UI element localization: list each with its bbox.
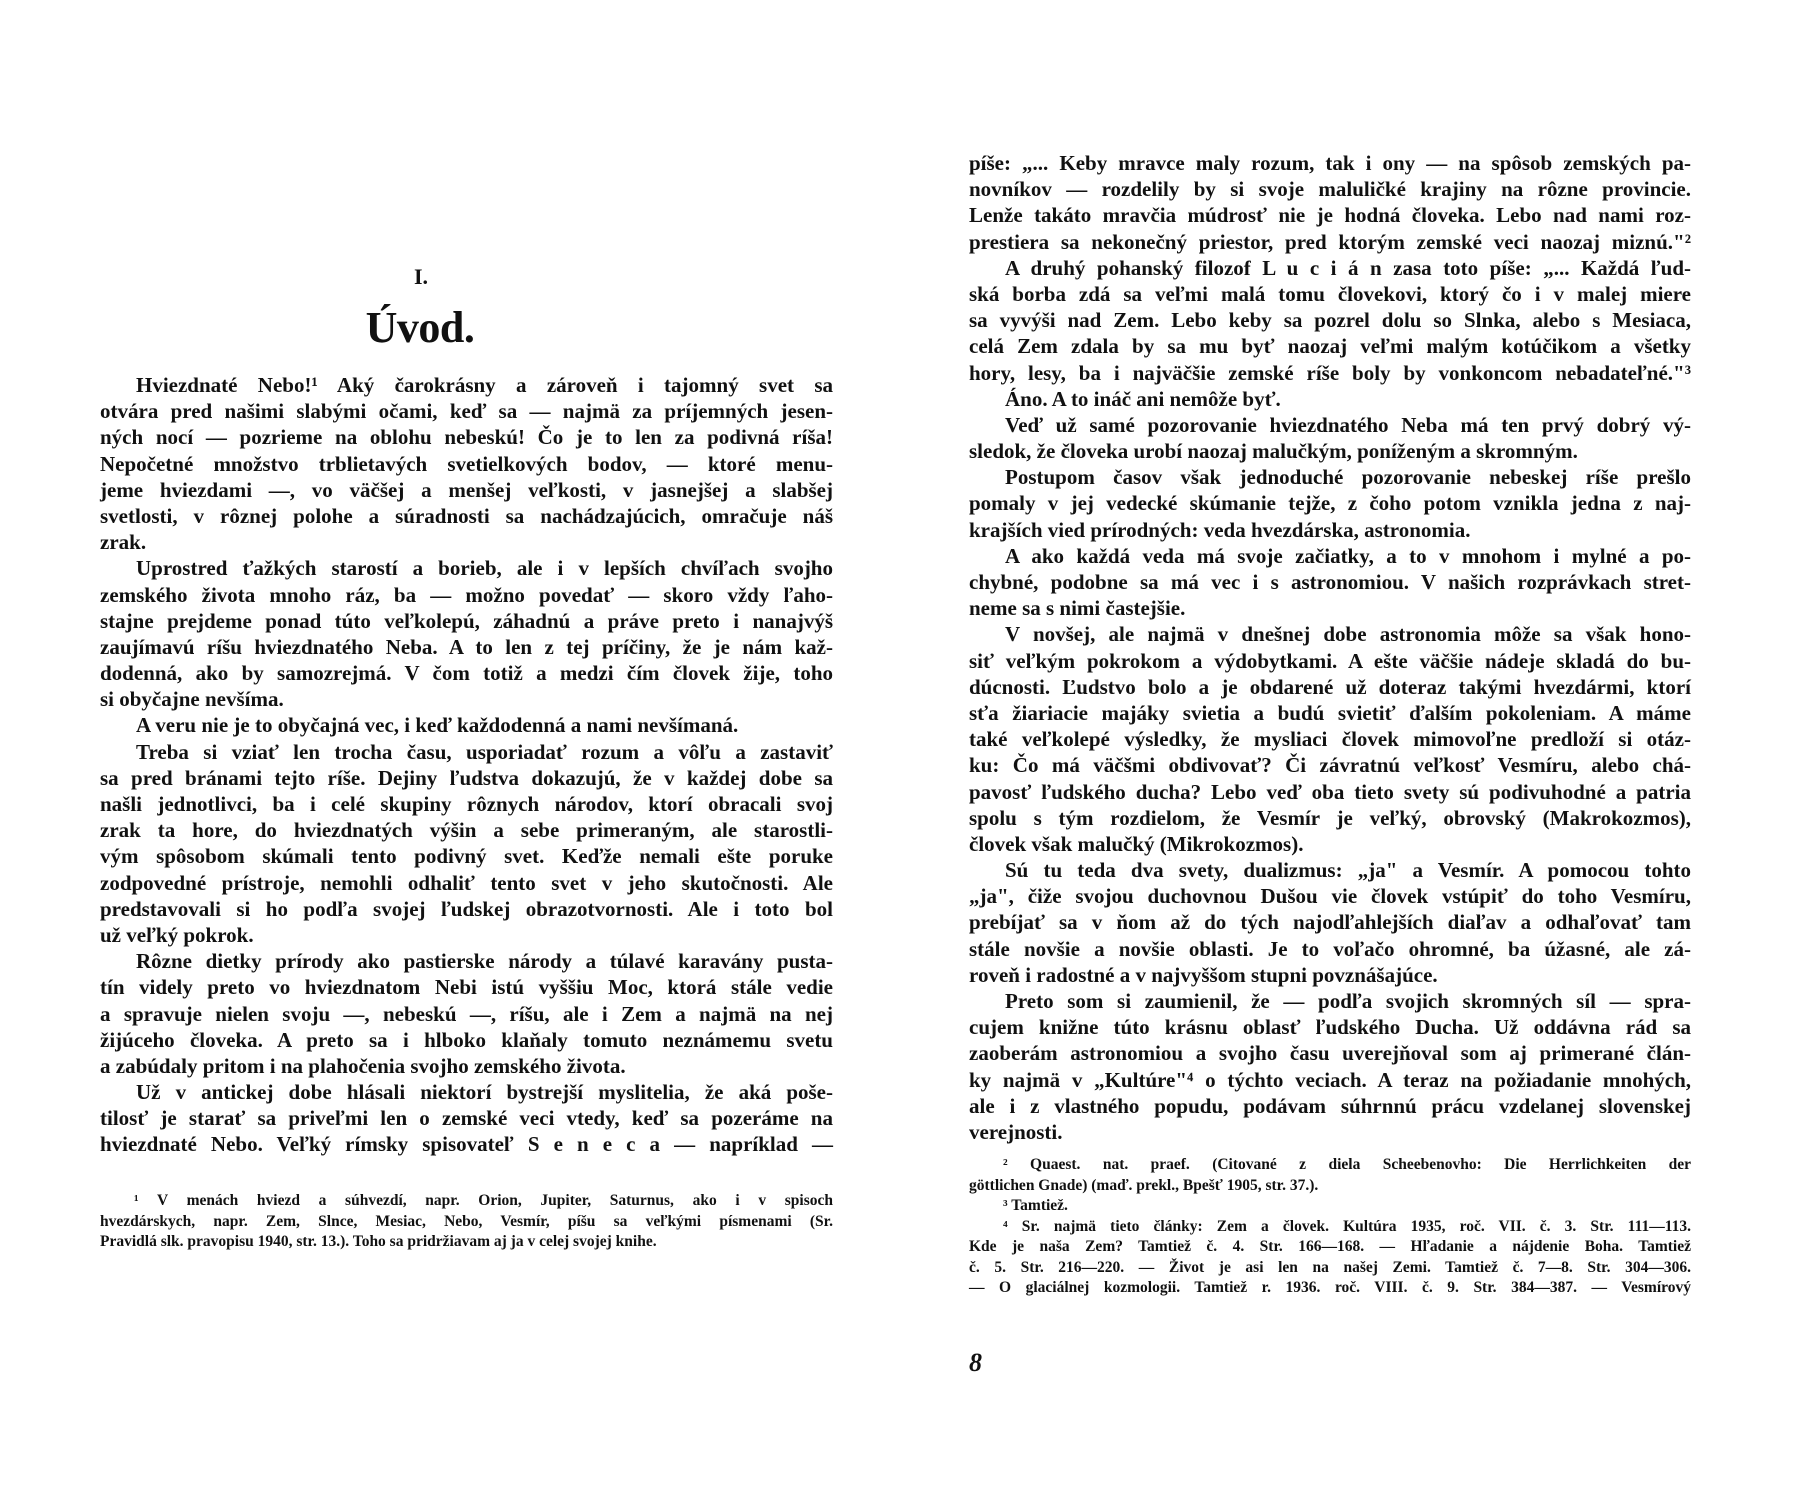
text-line: hory, lesy, ba i najväčšie zemské ríše b…: [969, 360, 1691, 386]
text-line: dúcnosti. Ľudstvo bolo a je obdarené už …: [969, 674, 1691, 700]
footnote-line: göttlichen Gnade) (maď. prekl., Bpešť 19…: [969, 1176, 1691, 1197]
left-page: I. Úvod. Hviezdnaté Nebo!¹ Aký čarokrásn…: [0, 0, 908, 1500]
text-line: zemského života mnoho ráz, ba — možno po…: [100, 582, 833, 608]
text-line: otvára pred našimi slabými očami, keď sa…: [100, 398, 833, 424]
text-line: ných nocí — pozrieme na oblohu nebeskú! …: [100, 424, 833, 450]
text-line: tilosť je starať sa priveľmi len o zemsk…: [100, 1105, 833, 1131]
text-line: prestiera sa nekonečný priestor, pred kt…: [969, 229, 1691, 255]
text-line: našli jednotlivci, ba i celé skupiny rôz…: [100, 791, 833, 817]
text-line: roveň i radostné a v najvyššom stupni po…: [969, 962, 1691, 988]
text-line: hviezdnaté Nebo. Veľký rímsky spisovateľ…: [100, 1131, 833, 1157]
text-line: tín videly preto vo hviezdnatom Nebi ist…: [100, 974, 833, 1000]
footnote-line: ³ Tamtiež.: [969, 1196, 1691, 1217]
text-line: sťa žiariacie majáky svietia a budú svie…: [969, 700, 1691, 726]
text-line: krajších vied prírodných: veda hvezdársk…: [969, 517, 1691, 543]
chapter-title: Úvod.: [300, 302, 540, 353]
text-line: sa pred bránami tejto ríše. Dejiny ľudst…: [100, 765, 833, 791]
text-line: Veď už samé pozorovanie hviezdnatého Neb…: [969, 412, 1691, 438]
footnote-line: Kde je naša Zem? Tamtiež č. 4. Str. 166—…: [969, 1237, 1691, 1258]
text-line: vým spôsobom skúmali tento podivný svet.…: [100, 843, 833, 869]
text-line: si obyčajne nevšíma.: [100, 686, 833, 712]
footnote-line: č. 5. Str. 216—220. — Život je asi len n…: [969, 1258, 1691, 1279]
text-line: Uprostred ťažkých starostí a borieb, ale…: [100, 555, 833, 581]
right-page: píše: „... Keby mravce maly rozum, tak i…: [908, 0, 1816, 1500]
text-line: ku: Čo má väčšmi obdivovať? Či závratnú …: [969, 752, 1691, 778]
text-line: A druhý pohanský filozof L u c i á n zas…: [969, 255, 1691, 281]
text-line: zrak.: [100, 529, 833, 555]
text-line: pavosť ľudského ducha? Lebo veď oba tiet…: [969, 779, 1691, 805]
footnote-line: ⁴ Sr. najmä tieto články: Zem a človek. …: [969, 1217, 1691, 1238]
text-line: Preto som si zaumienil, že — podľa svoji…: [969, 988, 1691, 1014]
text-line: celá Zem zdala by sa mu byť naozaj veľmi…: [969, 333, 1691, 359]
text-line: a spravuje nielen svoju —, nebeskú —, rí…: [100, 1001, 833, 1027]
text-line: stále novšie a novšie oblasti. Je to voľ…: [969, 936, 1691, 962]
text-line: novníkov — rozdelily by si svoje malulič…: [969, 176, 1691, 202]
text-line: predstavovali si ho podľa svojej ľudskej…: [100, 896, 833, 922]
left-body-text: Hviezdnaté Nebo!¹ Aký čarokrásny a zárov…: [100, 372, 833, 1158]
text-line: ky najmä v „Kultúre"⁴ o týchto veciach. …: [969, 1067, 1691, 1093]
footnote-line: — O glaciálnej kozmologii. Tamtiež r. 19…: [969, 1278, 1691, 1299]
left-footnotes: ¹ V menách hviezd a súhvezdí, napr. Orio…: [100, 1191, 833, 1253]
text-line: Treba si vziať len trocha času, usporiad…: [100, 739, 833, 765]
text-line: Už v antickej dobe hlásali niektorí byst…: [100, 1079, 833, 1105]
text-line: Sú tu teda dva svety, dualizmus: „ja" a …: [969, 857, 1691, 883]
text-line: Áno. A to ináč ani nemôže byť.: [969, 386, 1691, 412]
text-line: pomaly v jej vedecké skúmanie tejže, z č…: [969, 490, 1691, 516]
footnote-line: ¹ V menách hviezd a súhvezdí, napr. Orio…: [100, 1191, 833, 1212]
text-line: Hviezdnaté Nebo!¹ Aký čarokrásny a zárov…: [100, 372, 833, 398]
text-line: Postupom časov však jednoduché pozorovan…: [969, 464, 1691, 490]
text-line: Lenže takáto mravčia múdrosť nie je hodn…: [969, 202, 1691, 228]
text-line: A ako každá veda má svoje začiatky, a to…: [969, 543, 1691, 569]
text-line: zaujímavú ríšu hviezdnatého Neba. A to l…: [100, 634, 833, 660]
text-line: dodenná, ako by samozrejmá. V čom totiž …: [100, 660, 833, 686]
page-number: 8: [969, 1348, 982, 1378]
text-line: sledok, že človeka urobí naozaj malučkým…: [969, 438, 1691, 464]
text-line: chybné, podobne sa má vec i s astronomio…: [969, 569, 1691, 595]
right-body-text: píše: „... Keby mravce maly rozum, tak i…: [969, 150, 1691, 1145]
text-line: siť veľkým pokrokom a výdobytkami. A ešt…: [969, 648, 1691, 674]
text-line: „ja", čiže svojou duchovnou Dušou vie čl…: [969, 883, 1691, 909]
text-line: ale i z vlastného popudu, podávam súhrnn…: [969, 1093, 1691, 1119]
footnote-line: ² Quaest. nat. praef. (Citované z diela …: [969, 1155, 1691, 1176]
text-line: A veru nie je to obyčajná vec, i keď kaž…: [100, 712, 833, 738]
text-line: zodpovedné prístroje, nemohli odhaliť te…: [100, 870, 833, 896]
text-line: už veľký pokrok.: [100, 922, 833, 948]
footnote-line: hvezdárskych, napr. Zem, Slnce, Mesiac, …: [100, 1212, 833, 1233]
text-line: zaoberám astronomiou a svojho času uvere…: [969, 1040, 1691, 1066]
text-line: zrak ta hore, do hviezdnatých výšin a se…: [100, 817, 833, 843]
text-line: V novšej, ale najmä v dnešnej dobe astro…: [969, 621, 1691, 647]
text-line: stajne prejdeme ponad túto veľkolepú, zá…: [100, 608, 833, 634]
text-line: verejnosti.: [969, 1119, 1691, 1145]
right-footnotes: ² Quaest. nat. praef. (Citované z diela …: [969, 1155, 1691, 1299]
text-line: prebíjať sa v ňom až do tých najodľahlej…: [969, 909, 1691, 935]
text-line: svetlosti, v rôznej polohe a súradnosti …: [100, 503, 833, 529]
text-line: píše: „... Keby mravce maly rozum, tak i…: [969, 150, 1691, 176]
chapter-number: I.: [396, 264, 446, 290]
text-line: a zabúdaly pritom i na plahočenia svojho…: [100, 1053, 833, 1079]
text-line: človek však malučký (Mikrokozmos).: [969, 831, 1691, 857]
text-line: ská borba zdá sa veľmi malá tomu človeko…: [969, 281, 1691, 307]
text-line: spolu s tým rozdielom, že Vesmír je veľk…: [969, 805, 1691, 831]
footnote-line: Pravidlá slk. pravopisu 1940, str. 13.).…: [100, 1232, 833, 1253]
text-line: neme sa s nimi častejšie.: [969, 595, 1691, 621]
text-line: žijúceho človeka. A preto sa i hlboko kl…: [100, 1027, 833, 1053]
text-line: cujem knižne túto krásnu oblasť ľudského…: [969, 1014, 1691, 1040]
text-line: jeme hviezdami —, vo väčšej a menšej veľ…: [100, 477, 833, 503]
text-line: sa vyvýši nad Zem. Lebo keby sa pozrel d…: [969, 307, 1691, 333]
text-line: Rôzne dietky prírody ako pastierske náro…: [100, 948, 833, 974]
text-line: Nepočetné množstvo trblietavých svetielk…: [100, 451, 833, 477]
text-line: také veľkolepé výsledky, že mysliaci člo…: [969, 726, 1691, 752]
